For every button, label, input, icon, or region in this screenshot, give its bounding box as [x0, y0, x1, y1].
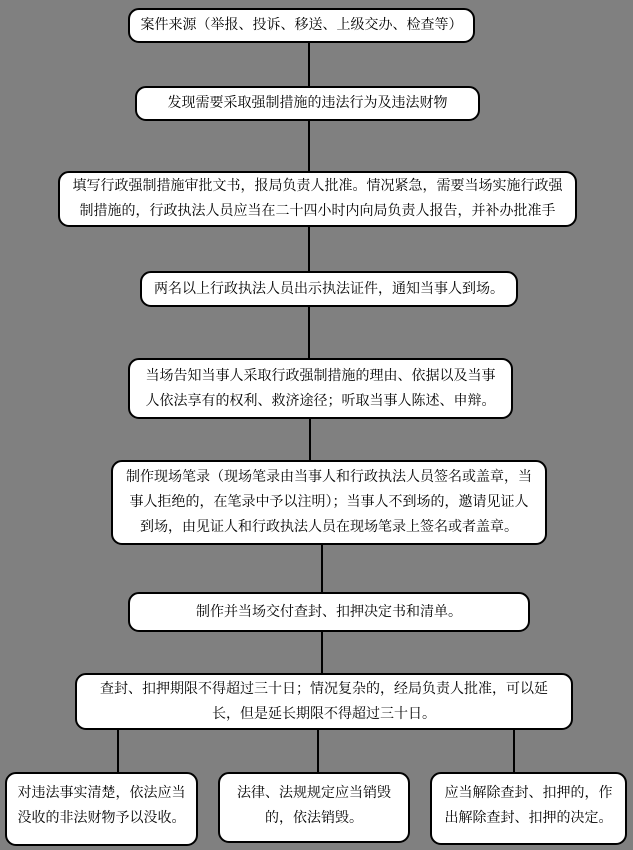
connector-line: [513, 730, 515, 772]
connector-line: [308, 43, 310, 86]
connector-line: [308, 307, 310, 358]
connector-line: [309, 419, 311, 460]
flow-node-inform-rights: 当场告知当事人采取行政强制措施的理由、依据以及当事人依法享有的权利、救济途径；听…: [128, 358, 513, 419]
connector-line: [308, 121, 310, 171]
flowchart-canvas: 案件来源（举报、投诉、移送、上级交办、检查等） 发现需要采取强制措施的违法行为及…: [0, 0, 633, 850]
flow-node-case-source: 案件来源（举报、投诉、移送、上级交办、检查等）: [128, 8, 475, 43]
flow-node-deliver-decision: 制作并当场交付查封、扣押决定书和清单。: [128, 592, 530, 632]
connector-line: [317, 730, 319, 772]
flow-node-confiscate-illegal-property: 对违法事实清楚，依法应当没收的非法财物予以没收。: [5, 772, 198, 846]
flow-node-release-seizure: 应当解除查封、扣押的，作出解除查封、扣押的决定。: [430, 772, 627, 845]
flow-node-site-record: 制作现场笔录（现场笔录由当事人和行政执法人员签名或盖章，当事人拒绝的，在笔录中予…: [111, 460, 547, 545]
flow-node-fill-approval-document: 填写行政强制措施审批文书，报局负责人批准。情况紧急，需要当场实施行政强制措施的，…: [58, 171, 577, 227]
connector-line: [321, 545, 323, 592]
connector-line: [117, 730, 119, 772]
flow-node-destroy-by-law: 法律、法规规定应当销毁的，依法销毁。: [218, 772, 410, 843]
flow-node-seizure-time-limit: 查封、扣押期限不得超过三十日；情况复杂的，经局负责人批准，可以延长，但是延长期限…: [75, 673, 573, 730]
flow-node-show-credentials: 两名以上行政执法人员出示执法证件，通知当事人到场。: [140, 271, 518, 307]
connector-line: [308, 227, 310, 271]
flow-node-discover-violation: 发现需要采取强制措施的违法行为及违法财物: [135, 86, 480, 121]
connector-line: [321, 632, 323, 673]
